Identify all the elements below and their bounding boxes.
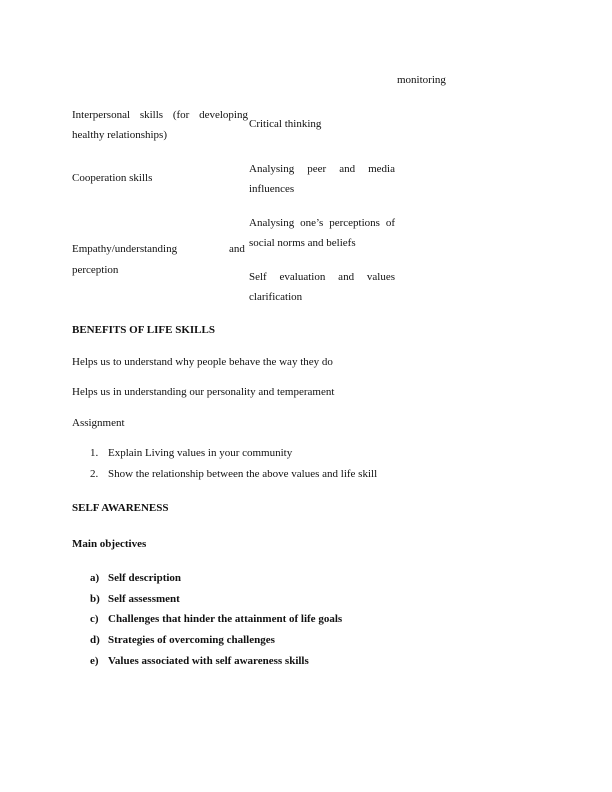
table-cell-cooperation-skills: Cooperation skills xyxy=(72,172,152,184)
list-marker: c) xyxy=(90,613,99,625)
list-text: Values associated with self awareness sk… xyxy=(108,655,309,667)
list-text: Challenges that hinder the attainment of… xyxy=(108,613,342,625)
table-cell-self-evaluation: Self evaluation and values clarification xyxy=(249,267,395,307)
assignment-label: Assignment xyxy=(72,417,125,429)
list-text: Self description xyxy=(108,572,181,584)
table-cell-empathy-understanding: Empathy/understanding xyxy=(72,243,177,255)
benefits-heading: BENEFITS OF LIFE SKILLS xyxy=(72,324,215,336)
table-cell-perception: perception xyxy=(72,264,118,276)
main-objectives-subheading: Main objectives xyxy=(72,538,146,550)
list-text: Strategies of overcoming challenges xyxy=(108,634,275,646)
self-awareness-heading: SELF AWARENESS xyxy=(72,502,169,514)
list-marker: e) xyxy=(90,655,99,667)
benefit-item: Helps us to understand why people behave… xyxy=(72,356,333,368)
table-cell-social-norms: Analysing one’s perceptions of social no… xyxy=(249,213,395,253)
list-marker: d) xyxy=(90,634,100,646)
list-text: Self assessment xyxy=(108,593,180,605)
table-cell-continued: monitoring xyxy=(397,74,446,86)
list-text: Explain Living values in your community xyxy=(108,447,292,459)
table-cell-empathy-and: and xyxy=(229,243,245,255)
list-marker: a) xyxy=(90,572,99,584)
list-text: Show the relationship between the above … xyxy=(108,468,377,480)
table-cell-peer-media-influences: Analysing peer and media influences xyxy=(249,159,395,199)
list-marker: b) xyxy=(90,593,100,605)
list-marker: 1. xyxy=(90,447,98,459)
list-marker: 2. xyxy=(90,468,98,480)
table-cell-critical-thinking: Critical thinking xyxy=(249,118,321,130)
table-cell-interpersonal-skills: Interpersonal skills (for developing hea… xyxy=(72,105,248,145)
benefit-item: Helps us in understanding our personalit… xyxy=(72,386,334,398)
